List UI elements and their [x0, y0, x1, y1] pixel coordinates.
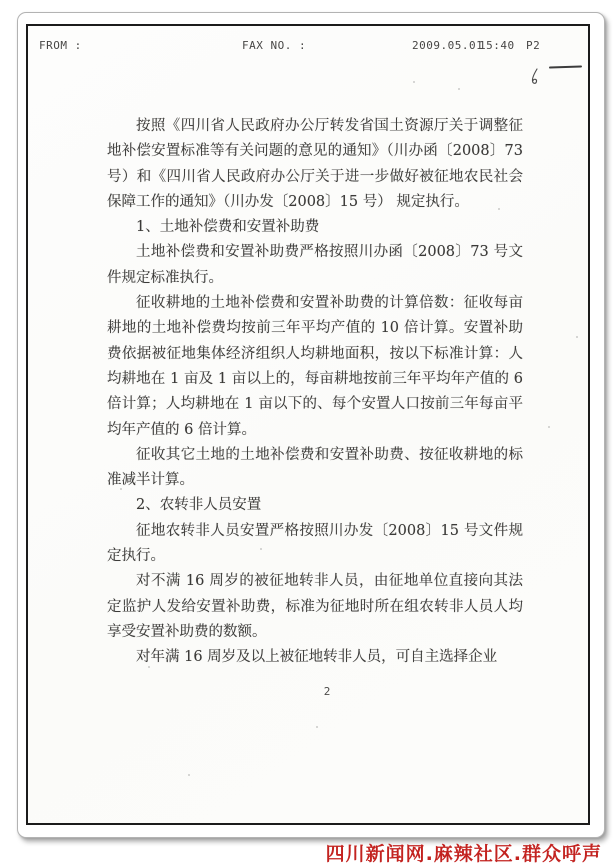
- scan-speckle: [548, 426, 550, 428]
- paragraph-over-16: 对年满 16 周岁及以上被征地转非人员，可自主选择企业: [107, 645, 523, 670]
- heading-resettlement: 2、农转非人员安置: [107, 493, 523, 518]
- scan-speckle: [316, 726, 318, 728]
- paragraph-resettlement-rule: 征地农转非人员安置严格按照川办发〔2008〕15 号文件规定执行。: [107, 519, 523, 570]
- paragraph-standard-execution: 土地补偿费和安置补助费严格按照川办函〔2008〕73 号文件规定标准执行。: [107, 240, 523, 291]
- fax-date: 2009.05.01: [412, 40, 483, 52]
- watermark-text: 四川新闻网.麻辣社区.群众呼声: [326, 839, 602, 865]
- fax-header: FROM : FAX NO. : 2009.05.01 15:40 P2: [28, 40, 588, 80]
- fax-document-page: FROM : FAX NO. : 2009.05.01 15:40 P2 按照《…: [26, 24, 590, 825]
- scan-speckle: [188, 774, 190, 776]
- fax-scan-view: FROM : FAX NO. : 2009.05.01 15:40 P2 按照《…: [0, 0, 616, 865]
- fax-time: 15:40: [479, 40, 515, 52]
- scan-speckle: [233, 244, 235, 246]
- paragraph-under-16: 对不满 16 周岁的被征地转非人员，由征地单位直接向其法定监护人发给安置补助费，…: [107, 569, 523, 645]
- handwritten-line: [549, 65, 582, 68]
- fax-page-code: P2: [526, 40, 540, 52]
- scan-speckle: [576, 336, 578, 338]
- scan-speckle: [148, 666, 150, 668]
- paragraph-policy-basis: 按照《四川省人民政府办公厅转发省国土资源厅关于调整征地补偿安置标准等有关问题的意…: [107, 114, 523, 215]
- fax-from-label: FROM :: [39, 40, 82, 52]
- handwritten-mark-icon: [529, 68, 541, 86]
- scan-speckle: [498, 208, 500, 210]
- paragraph-other-land: 征收其它土地的土地补偿费和安置补助费、按征收耕地的标准减半计算。: [107, 443, 523, 494]
- scan-speckle: [120, 488, 122, 490]
- scan-speckle: [260, 548, 262, 550]
- scan-speckle: [373, 122, 375, 124]
- fax-number-label: FAX NO. :: [242, 40, 306, 52]
- heading-land-compensation: 1、土地补偿费和安置补助费: [107, 215, 523, 240]
- scan-speckle: [458, 88, 460, 90]
- document-body: 按照《四川省人民政府办公厅转发省国土资源厅关于调整征地补偿安置标准等有关问题的意…: [107, 114, 523, 671]
- scan-speckle: [413, 81, 415, 83]
- paragraph-calc-multipliers: 征收耕地的土地补偿费和安置补助费的计算倍数：征收每亩耕地的土地补偿费均按前三年平…: [107, 291, 523, 443]
- page-number: 2: [28, 685, 588, 698]
